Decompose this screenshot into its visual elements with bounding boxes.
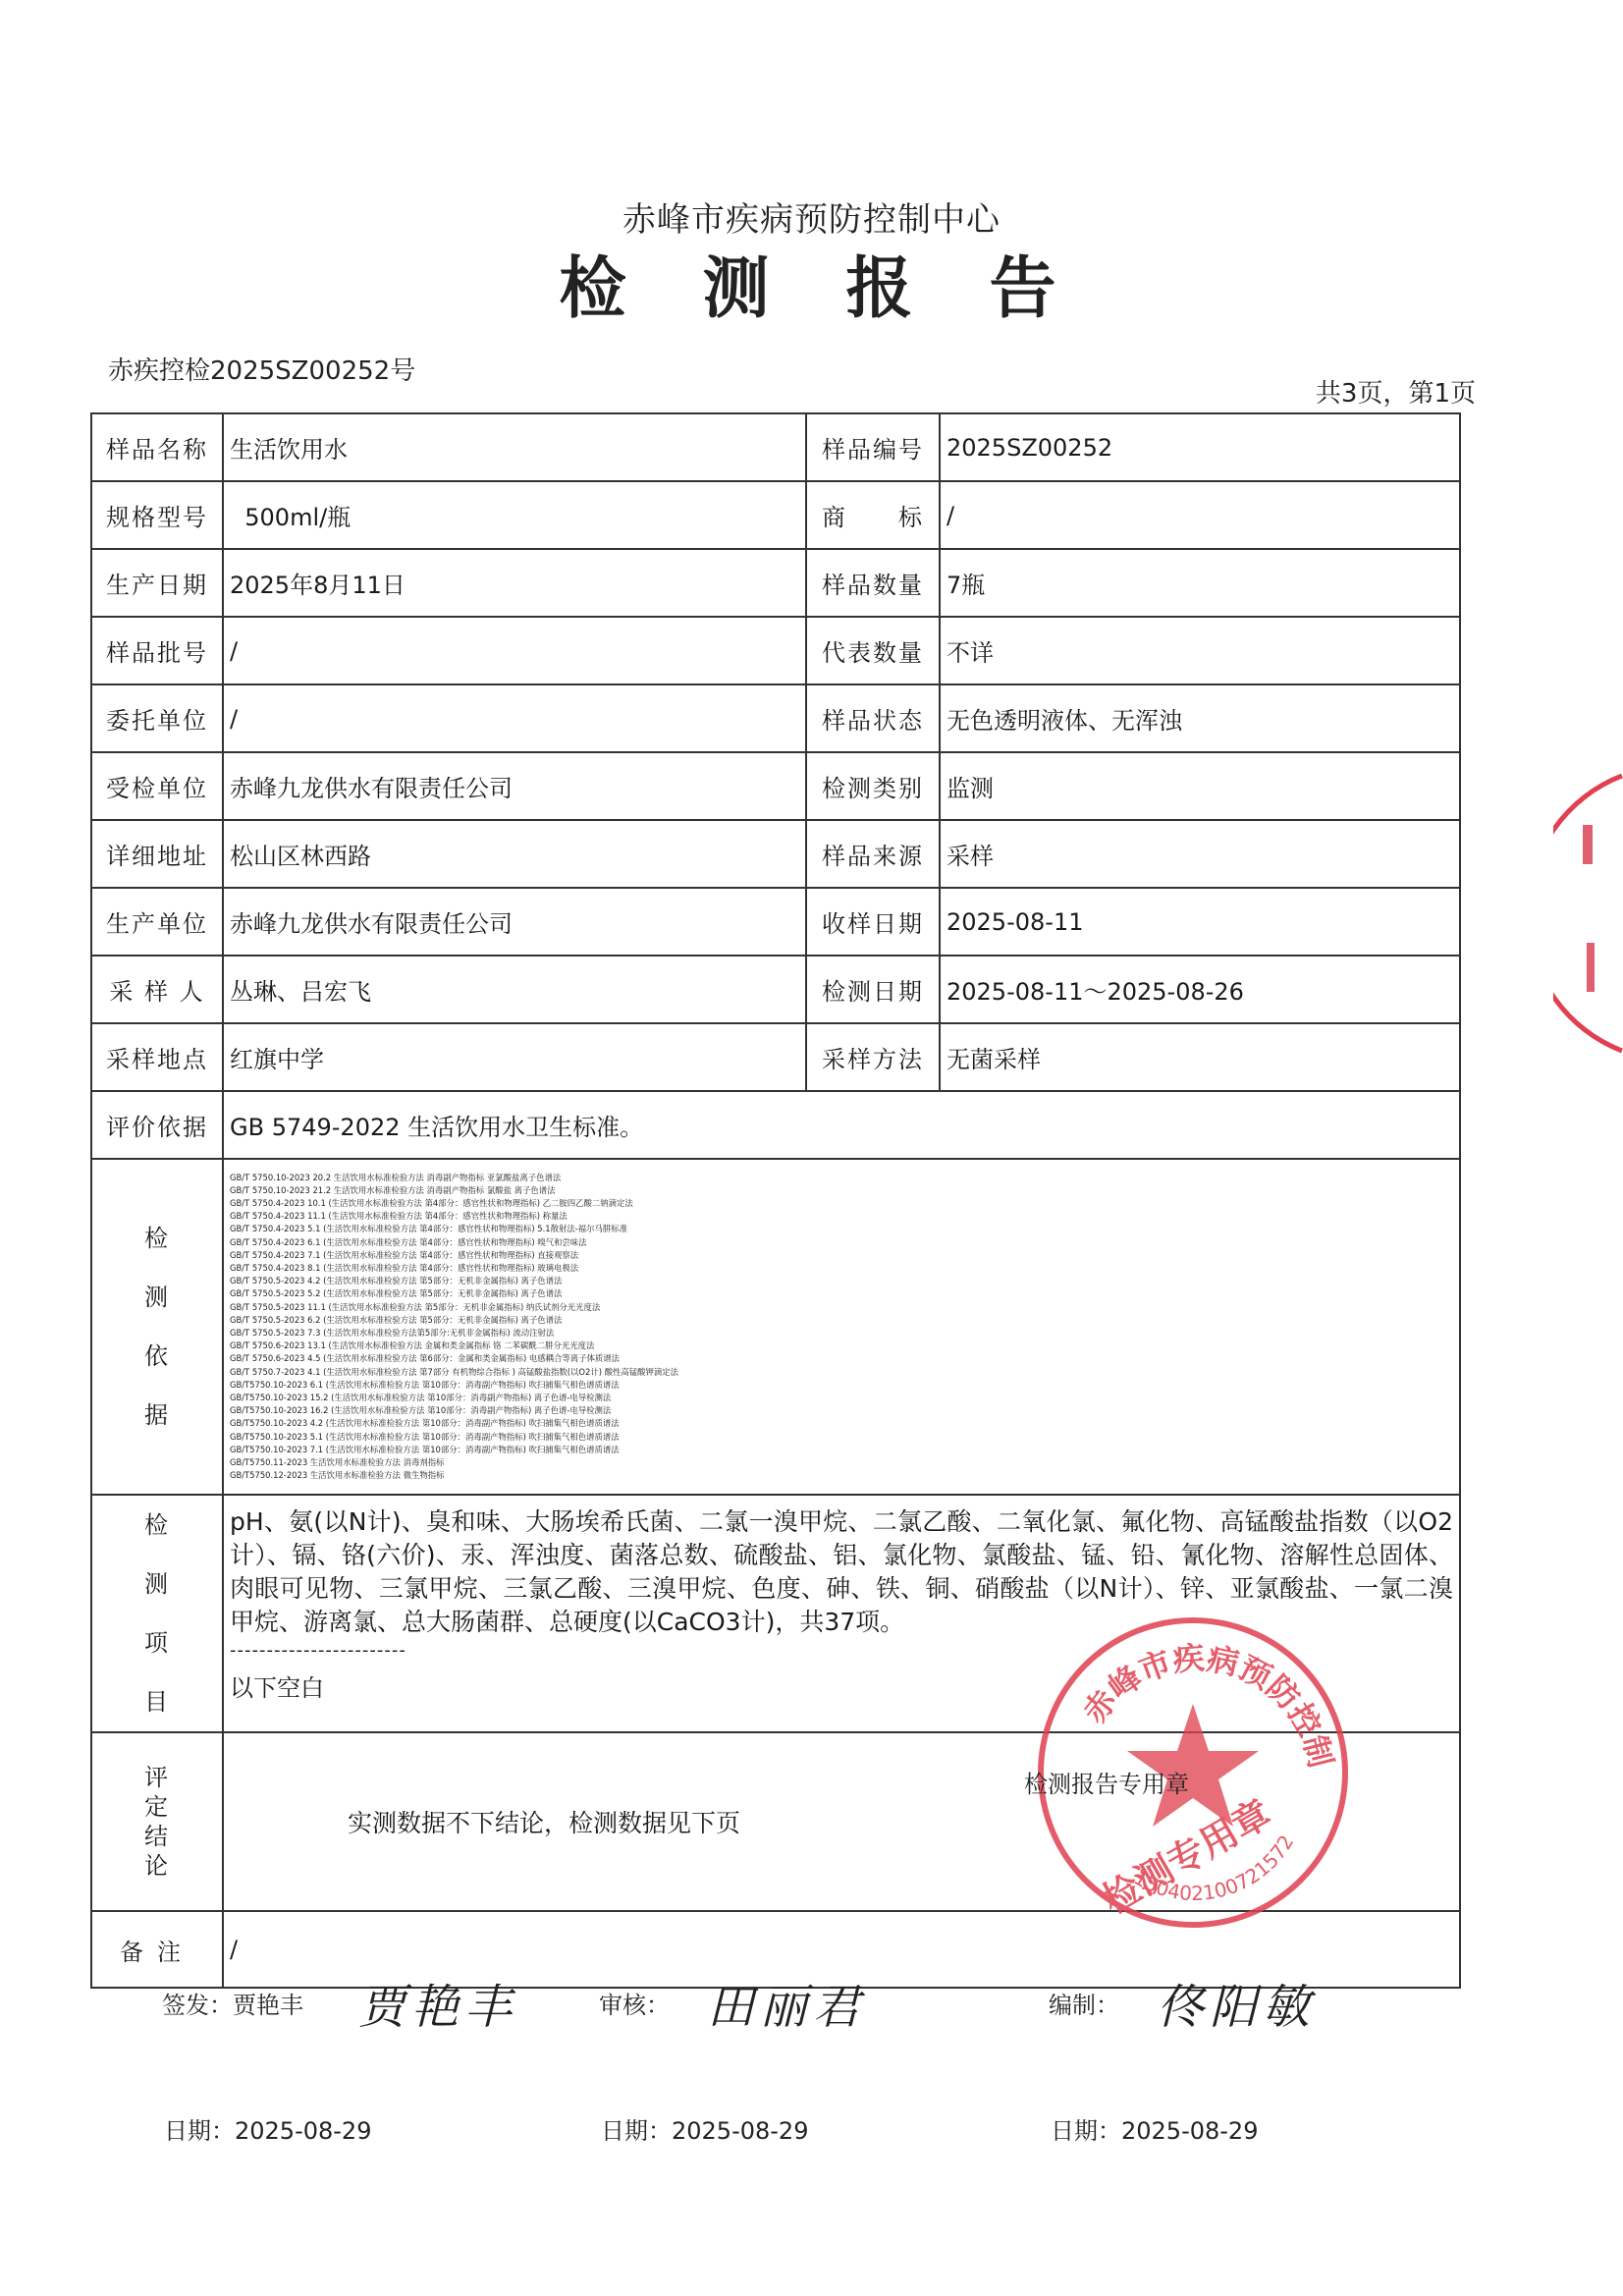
label-char: 检 [98, 1209, 216, 1268]
field-value: 红旗中学 [223, 1023, 806, 1091]
standard-item: GB/T5750.10-2023 15.2 (生活饮用水标准检验方法 第10部分… [230, 1392, 1453, 1404]
standard-item: GB/T5750.11-2023 生活饮用水标准检验方法 消毒剂指标 [230, 1456, 1453, 1469]
report-number: 赤疾控检2025SZ00252号 [108, 351, 415, 387]
standard-item: GB/T 5750.5-2023 6.2 (生活饮用水标准检验方法 第5部分：无… [230, 1314, 1453, 1327]
field-label: 详细地址 [91, 820, 223, 888]
field-value: 500ml/瓶 [223, 481, 806, 549]
field-label: 代表数量 [806, 617, 940, 684]
field-value: 赤峰九龙供水有限责任公司 [223, 888, 806, 956]
signature-role: 编制： [1049, 1986, 1119, 2020]
test-items-label: 检测项目 [91, 1495, 223, 1732]
evaluation-basis-label: 评价依据 [91, 1091, 223, 1159]
field-label: 规格型号 [91, 481, 223, 549]
standard-item: GB/T 5750.5-2023 11.1 (生活饮用水标准检验方法 第5部分：… [230, 1301, 1453, 1314]
field-label: 采样方法 [806, 1023, 940, 1091]
label-char: 评 [98, 1763, 216, 1792]
label-char: 依 [98, 1327, 216, 1386]
field-value: 2025-08-11 [940, 888, 1460, 956]
standard-item: GB/T 5750.4-2023 10.1 (生活饮用水标准检验方法 第4部分：… [230, 1197, 1453, 1210]
field-value: 无色透明液体、无浑浊 [940, 684, 1460, 752]
field-row: 生产单位赤峰九龙供水有限责任公司收样日期2025-08-11 [91, 888, 1460, 956]
standard-item: GB/T 5750.7-2023 4.1 (生活饮用水标准检验方法 第7部分 有… [230, 1366, 1453, 1379]
field-label: 委托单位 [91, 684, 223, 752]
field-label: 采样地点 [91, 1023, 223, 1091]
field-value: 2025年8月11日 [223, 549, 806, 617]
label-char: 据 [98, 1386, 216, 1445]
field-row: 生产日期2025年8月11日样品数量7瓶 [91, 549, 1460, 617]
standard-item: GB/T 5750.4-2023 11.1 (生活饮用水标准检验方法 第4部分：… [230, 1210, 1453, 1223]
label-char: 目 [98, 1672, 216, 1731]
standard-item: GB/T 5750.6-2023 4.5 (生活饮用水标准检验方法 第6部分：金… [230, 1352, 1453, 1365]
handwritten-signature: 佟阳敏 [1157, 1969, 1316, 2037]
label-char: 定 [98, 1792, 216, 1822]
field-value: 丛琳、吕宏飞 [223, 956, 806, 1023]
signature-date: 日期：2025-08-29 [1051, 2111, 1258, 2146]
standard-item: GB/T5750.10-2023 6.1 (生活饮用水标准检验方法 第10部分：… [230, 1379, 1453, 1392]
standard-item: GB/T 5750.5-2023 5.2 (生活饮用水标准检验方法 第5部分：无… [230, 1287, 1453, 1300]
partial-seal-icon [1553, 766, 1623, 1061]
field-label: 检测日期 [806, 956, 940, 1023]
document-title: 检测报告 [0, 236, 1623, 331]
field-label: 收样日期 [806, 888, 940, 956]
field-label: 样品来源 [806, 820, 940, 888]
field-label: 样品状态 [806, 684, 940, 752]
label-char: 结 [98, 1822, 216, 1851]
standard-item: GB/T 5750.5-2023 7.3 (生活饮用水标准检验方法第5部分:无机… [230, 1327, 1453, 1339]
standard-item: GB/T 5750.10-2023 20.2 生活饮用水标准检验方法 消毒副产物… [230, 1172, 1453, 1184]
handwritten-signature: 贾艳丰 [358, 1969, 517, 2037]
field-value: 2025SZ00252 [940, 413, 1460, 481]
handwritten-signature: 田丽君 [707, 1969, 866, 2037]
field-label: 受检单位 [91, 752, 223, 820]
field-value: 无菌采样 [940, 1023, 1460, 1091]
label-char: 检 [98, 1496, 216, 1555]
remarks-label: 备注 [91, 1911, 223, 1988]
test-basis-row: 检测依据 GB/T 5750.10-2023 20.2 生活饮用水标准检验方法 … [91, 1159, 1460, 1495]
field-value: 2025-08-11～2025-08-26 [940, 956, 1460, 1023]
field-label: 生产单位 [91, 888, 223, 956]
label-char: 测 [98, 1555, 216, 1613]
field-value: 松山区林西路 [223, 820, 806, 888]
field-row: 委托单位/样品状态无色透明液体、无浑浊 [91, 684, 1460, 752]
field-label: 样品数量 [806, 549, 940, 617]
label-char: 项 [98, 1613, 216, 1672]
standard-item: GB/T 5750.4-2023 7.1 (生活饮用水标准检验方法 第4部分：感… [230, 1249, 1453, 1262]
page-info: 共3页，第1页 [1316, 373, 1476, 410]
test-basis-label: 检测依据 [91, 1159, 223, 1495]
standard-item: GB/T 5750.6-2023 13.1 (生活饮用水标准检验方法 金属和类金… [230, 1339, 1453, 1352]
evaluation-basis-row: 评价依据 GB 5749-2022 生活饮用水卫生标准。 [91, 1091, 1460, 1159]
standard-item: GB/T5750.10-2023 16.2 (生活饮用水标准检验方法 第10部分… [230, 1404, 1453, 1417]
signature-date: 日期：2025-08-29 [164, 2111, 371, 2146]
conclusion-label: 评定结论 [91, 1732, 223, 1911]
field-row: 受检单位赤峰九龙供水有限责任公司检测类别监测 [91, 752, 1460, 820]
field-value: / [223, 617, 806, 684]
field-row: 样品名称生活饮用水样品编号2025SZ00252 [91, 413, 1460, 481]
field-value: / [940, 481, 1460, 549]
field-value: 7瓶 [940, 549, 1460, 617]
field-row: 采样地点红旗中学采样方法无菌采样 [91, 1023, 1460, 1091]
signature-role: 签发：贾艳丰 [162, 1986, 303, 2020]
standard-item: GB/T5750.10-2023 4.2 (生活饮用水标准检验方法 第10部分：… [230, 1417, 1453, 1430]
label-char: 测 [98, 1268, 216, 1327]
field-label: 检测类别 [806, 752, 940, 820]
field-label: 样品名称 [91, 413, 223, 481]
field-row: 样品批号/代表数量不详 [91, 617, 1460, 684]
signature-role: 审核： [599, 1986, 670, 2020]
field-label: 采 样 人 [91, 956, 223, 1023]
stamp-caption: 检测报告专用章 [1024, 1765, 1189, 1799]
standard-item: GB/T 5750.4-2023 8.1 (生活饮用水标准检验方法 第4部分：感… [230, 1262, 1453, 1275]
field-value: 采样 [940, 820, 1460, 888]
field-value: 生活饮用水 [223, 413, 806, 481]
field-label: 样品批号 [91, 617, 223, 684]
signature-date: 日期：2025-08-29 [601, 2111, 808, 2146]
standard-item: GB/T5750.10-2023 7.1 (生活饮用水标准检验方法 第10部分：… [230, 1444, 1453, 1456]
field-label: 生产日期 [91, 549, 223, 617]
evaluation-basis-value: GB 5749-2022 生活饮用水卫生标准。 [223, 1091, 1460, 1159]
standard-item: GB/T 5750.10-2023 21.2 生活饮用水标准检验方法 消毒副产物… [230, 1184, 1453, 1197]
standard-item: GB/T 5750.4-2023 6.1 (生活饮用水标准检验方法 第4部分：感… [230, 1236, 1453, 1249]
field-value: / [223, 684, 806, 752]
field-row: 采 样 人丛琳、吕宏飞检测日期2025-08-11～2025-08-26 [91, 956, 1460, 1023]
field-row: 规格型号 500ml/瓶商 标/ [91, 481, 1460, 549]
organization-name: 赤峰市疾病预防控制中心 [0, 192, 1623, 241]
field-label: 样品编号 [806, 413, 940, 481]
standard-item: GB/T5750.12-2023 生活饮用水标准检验方法 微生物指标 [230, 1469, 1453, 1482]
field-row: 详细地址松山区林西路样品来源采样 [91, 820, 1460, 888]
field-label: 商 标 [806, 481, 940, 549]
standard-item: GB/T5750.10-2023 5.1 (生活饮用水标准检验方法 第10部分：… [230, 1431, 1453, 1444]
standard-item: GB/T 5750.4-2023 5.1 (生活饮用水标准检验方法 第4部分：感… [230, 1223, 1453, 1235]
field-value: 赤峰九龙供水有限责任公司 [223, 752, 806, 820]
test-basis-list: GB/T 5750.10-2023 20.2 生活饮用水标准检验方法 消毒副产物… [223, 1159, 1460, 1495]
label-char: 论 [98, 1851, 216, 1881]
conclusion-value: 实测数据不下结论，检测数据见下页 [230, 1809, 740, 1837]
field-value: 监测 [940, 752, 1460, 820]
standard-item: GB/T 5750.5-2023 4.2 (生活饮用水标准检验方法 第5部分：无… [230, 1275, 1453, 1287]
field-value: 不详 [940, 617, 1460, 684]
